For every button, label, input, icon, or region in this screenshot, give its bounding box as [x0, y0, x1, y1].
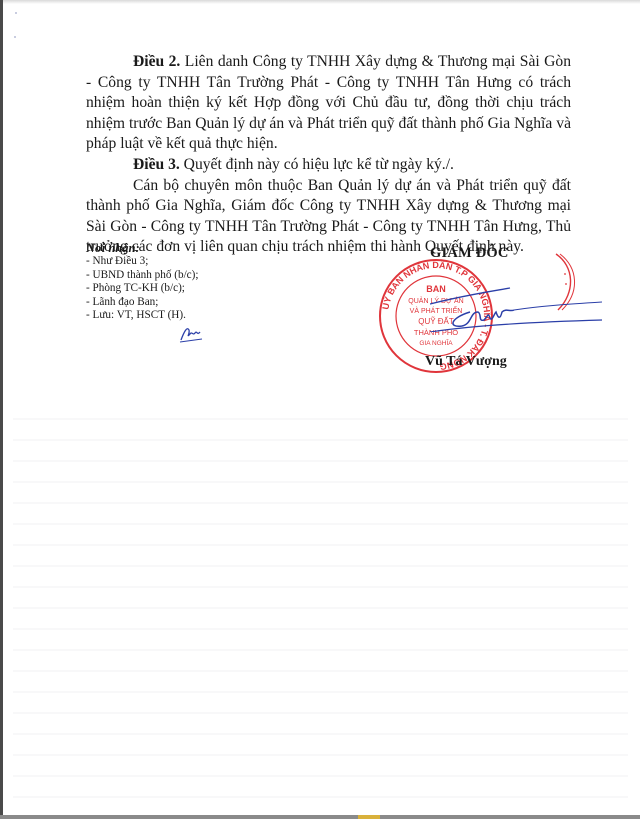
recipients-title: Nơi nhận: [86, 241, 198, 255]
recipient-item: - Như Điều 3; [86, 255, 198, 269]
scan-speck [14, 36, 16, 38]
recipient-item: - UBND thành phố (b/c); [86, 269, 198, 283]
recipient-item: - Lãnh đạo Ban; [86, 296, 198, 310]
signature [430, 282, 605, 332]
article-3-text: Quyết định này có hiệu lực kể từ ngày ký… [180, 156, 454, 173]
document-body: Điều 2. Liên danh Công ty TNHH Xây dựng … [86, 52, 571, 258]
scan-show-through [13, 399, 628, 799]
signer-name: Vũ Tá Vượng [425, 354, 507, 370]
article-3: Điều 3. Quyết định này có hiệu lực kể từ… [86, 155, 571, 176]
taskbar-highlight [358, 815, 380, 819]
article-2: Điều 2. Liên danh Công ty TNHH Xây dựng … [86, 52, 571, 155]
initials-mark [178, 322, 204, 344]
article-2-label: Điều 2. [133, 53, 180, 70]
scan-speck [15, 12, 17, 14]
svg-text:GIA NGHĨA: GIA NGHĨA [419, 338, 453, 347]
recipient-item: - Lưu: VT, HSCT (H). [86, 309, 198, 323]
recipient-item: - Phòng TC-KH (b/c); [86, 282, 198, 296]
viewer-bottom-bar [0, 815, 640, 819]
article-3-label: Điều 3. [133, 156, 180, 173]
recipients-block: Nơi nhận: - Như Điều 3; - UBND thành phố… [86, 241, 198, 323]
